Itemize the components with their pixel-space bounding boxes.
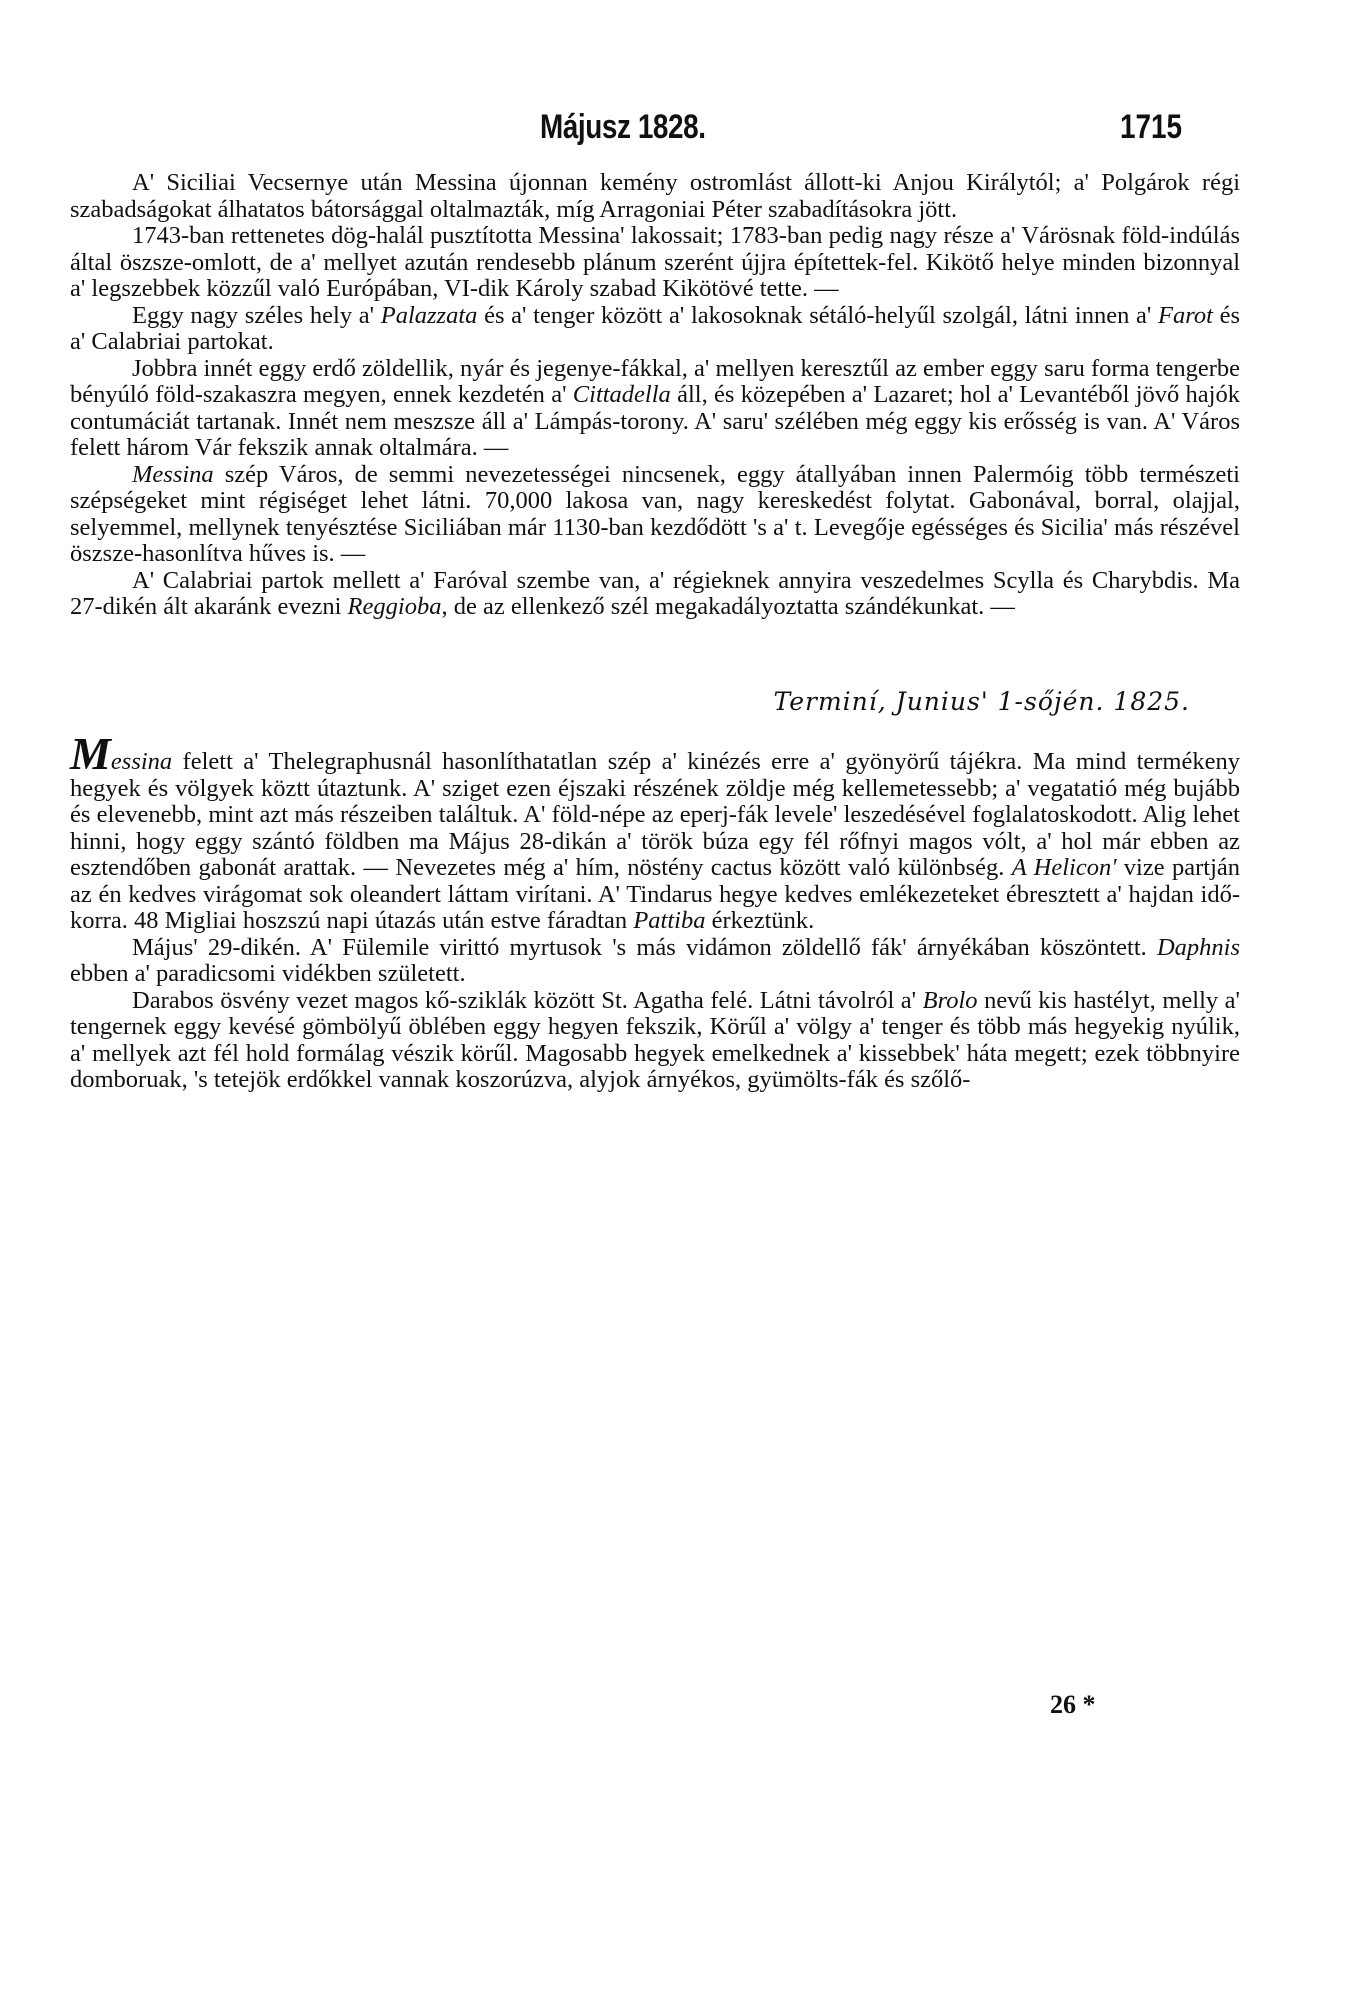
paragraph-with-dropcap: Messina felett a' Thelegraphusnál hasonl…: [70, 741, 1240, 935]
paragraph: Május' 29-dikén. A' Fülemile virittó myr…: [70, 935, 1240, 988]
italic-term: Messina: [132, 461, 214, 488]
section-termini: Messina felett a' Thelegraphusnál hasonl…: [70, 741, 1240, 1094]
paragraph: A' Calabriai partok mellett a' Faróval s…: [70, 568, 1240, 621]
italic-term: Daphnis: [1157, 934, 1240, 961]
italic-term: Palazzata: [381, 302, 478, 329]
paragraph-text: felett a' Thelegraphusnál hasonlíthatatl…: [70, 748, 1240, 934]
dateline: Terminí, Junius' 1-sőjén. 1825.: [70, 689, 1190, 716]
scanned-page: Májusz 1828. 1715 A' Siciliai Vecsernye …: [0, 0, 1369, 2000]
running-title: Májusz 1828.: [540, 108, 706, 147]
paragraph: Darabos ösvény vezet magos kő-sziklák kö…: [70, 988, 1240, 1094]
signature-mark: 26 *: [1050, 1690, 1096, 1720]
page-number: 1715: [1120, 108, 1182, 147]
section-messina-history: A' Siciliai Vecsernye után Messina újonn…: [70, 170, 1240, 621]
italic-term: Reggioba: [348, 593, 442, 620]
italic-term: Brolo: [923, 987, 978, 1014]
paragraph: A' Siciliai Vecsernye után Messina újonn…: [70, 170, 1240, 223]
drop-cap: M: [70, 728, 111, 779]
italic-term: A Helicon': [1012, 854, 1117, 881]
paragraph: Jobbra innét eggy erdő zöldellik, nyár é…: [70, 356, 1240, 462]
page-header: Májusz 1828. 1715: [540, 108, 1240, 158]
italic-term: Farot: [1158, 302, 1213, 329]
italic-term: Pattiba: [633, 907, 705, 934]
paragraph: 1743-ban rettenetes dög-halál pusztított…: [70, 223, 1240, 303]
italic-word: essina: [111, 748, 172, 775]
body-text: A' Siciliai Vecsernye után Messina újonn…: [70, 170, 1240, 1094]
italic-term: Cittadella: [573, 381, 671, 408]
paragraph: Messina szép Város, de semmi nevezetessé…: [70, 462, 1240, 568]
paragraph: Eggy nagy széles hely a' Palazzata és a'…: [70, 303, 1240, 356]
